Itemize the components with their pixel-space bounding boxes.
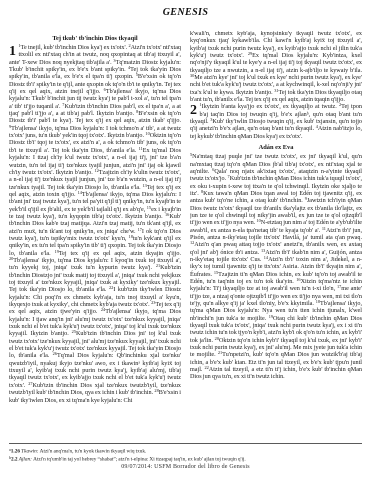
verse-number: 10 bbox=[145, 131, 149, 136]
section-heading-adan-eva: Adán ex Eva bbox=[190, 144, 362, 152]
verse-number: 21 bbox=[218, 350, 222, 355]
verse-number: 18 bbox=[129, 234, 133, 239]
footnotes-block: a1.26 Tkawin: Atzi'n anq'ma'n, tu'n kyok… bbox=[9, 447, 362, 463]
verse-number: 5 bbox=[136, 72, 138, 77]
verse-number: 13 bbox=[143, 182, 147, 187]
verse-number: 22 bbox=[109, 285, 113, 290]
verse-number: 3 bbox=[113, 58, 115, 63]
verse-number: 1 bbox=[19, 43, 21, 48]
verse-number: 4 bbox=[316, 124, 318, 129]
chapter-1-paragraph: 11Te tnejil, kub' tb'inchin Dios kya'j e… bbox=[9, 45, 181, 405]
verse-number: 1 bbox=[200, 102, 202, 107]
verse-number: 8 bbox=[201, 189, 203, 194]
chapter-2-number: 2 bbox=[190, 105, 197, 118]
verse-number: 12 bbox=[190, 240, 194, 245]
verse-number: 17 bbox=[337, 284, 341, 289]
verse-number: 4 bbox=[128, 65, 130, 70]
verse-number: 7 bbox=[228, 174, 230, 179]
chapter-1-number: 1 bbox=[9, 46, 16, 59]
chapter-1-verses: 1Te tnejil, kub' tb'inchin Dios kya'j ex… bbox=[9, 45, 181, 404]
footnote: a1.26 Tkawin: Atzi'n anq'ma'n, tu'n kyok… bbox=[9, 447, 362, 455]
verse-number: 22 bbox=[204, 365, 208, 370]
verse-number: 2 bbox=[339, 102, 341, 107]
verse-number: 14 bbox=[78, 190, 82, 195]
verse-number: 23 bbox=[151, 300, 155, 305]
book-title: GENESIS bbox=[0, 7, 371, 18]
verse-number: 31 bbox=[274, 88, 278, 93]
verse-number: 17 bbox=[138, 226, 142, 231]
verse-number: 15 bbox=[147, 204, 151, 209]
verse-number: 3 bbox=[210, 117, 212, 122]
verse-number: 21 bbox=[156, 263, 160, 268]
verse-number: 19 bbox=[269, 314, 273, 319]
verse-number: 20 bbox=[215, 336, 219, 341]
verse-number: 24 bbox=[101, 307, 105, 312]
right-column: k'wali'n, chmetx kyb'aja, kynojsinku'y t… bbox=[190, 31, 362, 438]
verse-number: 5 bbox=[190, 152, 192, 157]
verse-number: 14 bbox=[264, 255, 268, 260]
verse-number: 20 bbox=[9, 256, 13, 261]
verse-number: 11 bbox=[322, 225, 326, 230]
verse-number: 30 bbox=[190, 73, 194, 78]
verse-number: 12 bbox=[94, 168, 98, 173]
verse-number: 6 bbox=[104, 87, 106, 92]
footnote-divider bbox=[9, 443, 362, 444]
verse-number: 26 bbox=[53, 351, 57, 356]
chapter-2-intro-verses: 1Ikytzin b'anta kya'jjo ex tx'otx', ex t… bbox=[190, 104, 362, 139]
verse-number: 7 bbox=[62, 102, 64, 107]
verse-number: 16 bbox=[296, 277, 300, 282]
verse-number: 27 bbox=[28, 381, 32, 386]
genesis-page: GENESIS Tej tkub' tb'inchin Dios tkyaqil… bbox=[0, 0, 371, 480]
verse-number: 13 bbox=[261, 247, 265, 252]
section-heading-creation: Tej tkub' tb'inchin Dios tkyaqil bbox=[9, 35, 181, 43]
chapter-2-paragraph: 21Ikytzin b'anta kya'jjo ex tx'otx', ex … bbox=[190, 104, 362, 141]
page-footer: 09/07/2014: USFM Borrador del libro de G… bbox=[0, 464, 371, 470]
verse-number: 10 bbox=[257, 218, 261, 223]
footnote: b2.2 Ajlan: Atzi'n tq'umb'in taj yol heb… bbox=[9, 455, 362, 463]
verse-number: 28 bbox=[154, 388, 158, 393]
verse-number: 9 bbox=[9, 124, 11, 129]
chapter-2-body-verses: 5Na'mtaq ttzaj puqle jni' tze twutz tx'o… bbox=[190, 154, 362, 382]
verse-number: 6 bbox=[212, 167, 214, 172]
verse-number: 29 bbox=[248, 51, 252, 56]
verse-number: 8 bbox=[136, 109, 138, 114]
verse-number: 16 bbox=[165, 212, 169, 217]
verse-number: 11 bbox=[139, 146, 143, 151]
verse-number: 25 bbox=[72, 329, 76, 334]
left-column: Tej tkub' tb'inchin Dios tkyaqil 11Te tn… bbox=[9, 31, 181, 438]
verse-number: 9 bbox=[305, 196, 307, 201]
verse-number: 18 bbox=[316, 299, 320, 304]
verse-number: 19 bbox=[55, 248, 59, 253]
verse-number: 15 bbox=[214, 269, 218, 274]
chapter-1-continuation: k'wali'n, chmetx kyb'aja, kynojsinku'y t… bbox=[190, 31, 362, 104]
text-columns: Tej tkub' tb'inchin Dios tkyaqil 11Te tn… bbox=[9, 31, 362, 438]
verse-number: 2 bbox=[128, 43, 130, 48]
